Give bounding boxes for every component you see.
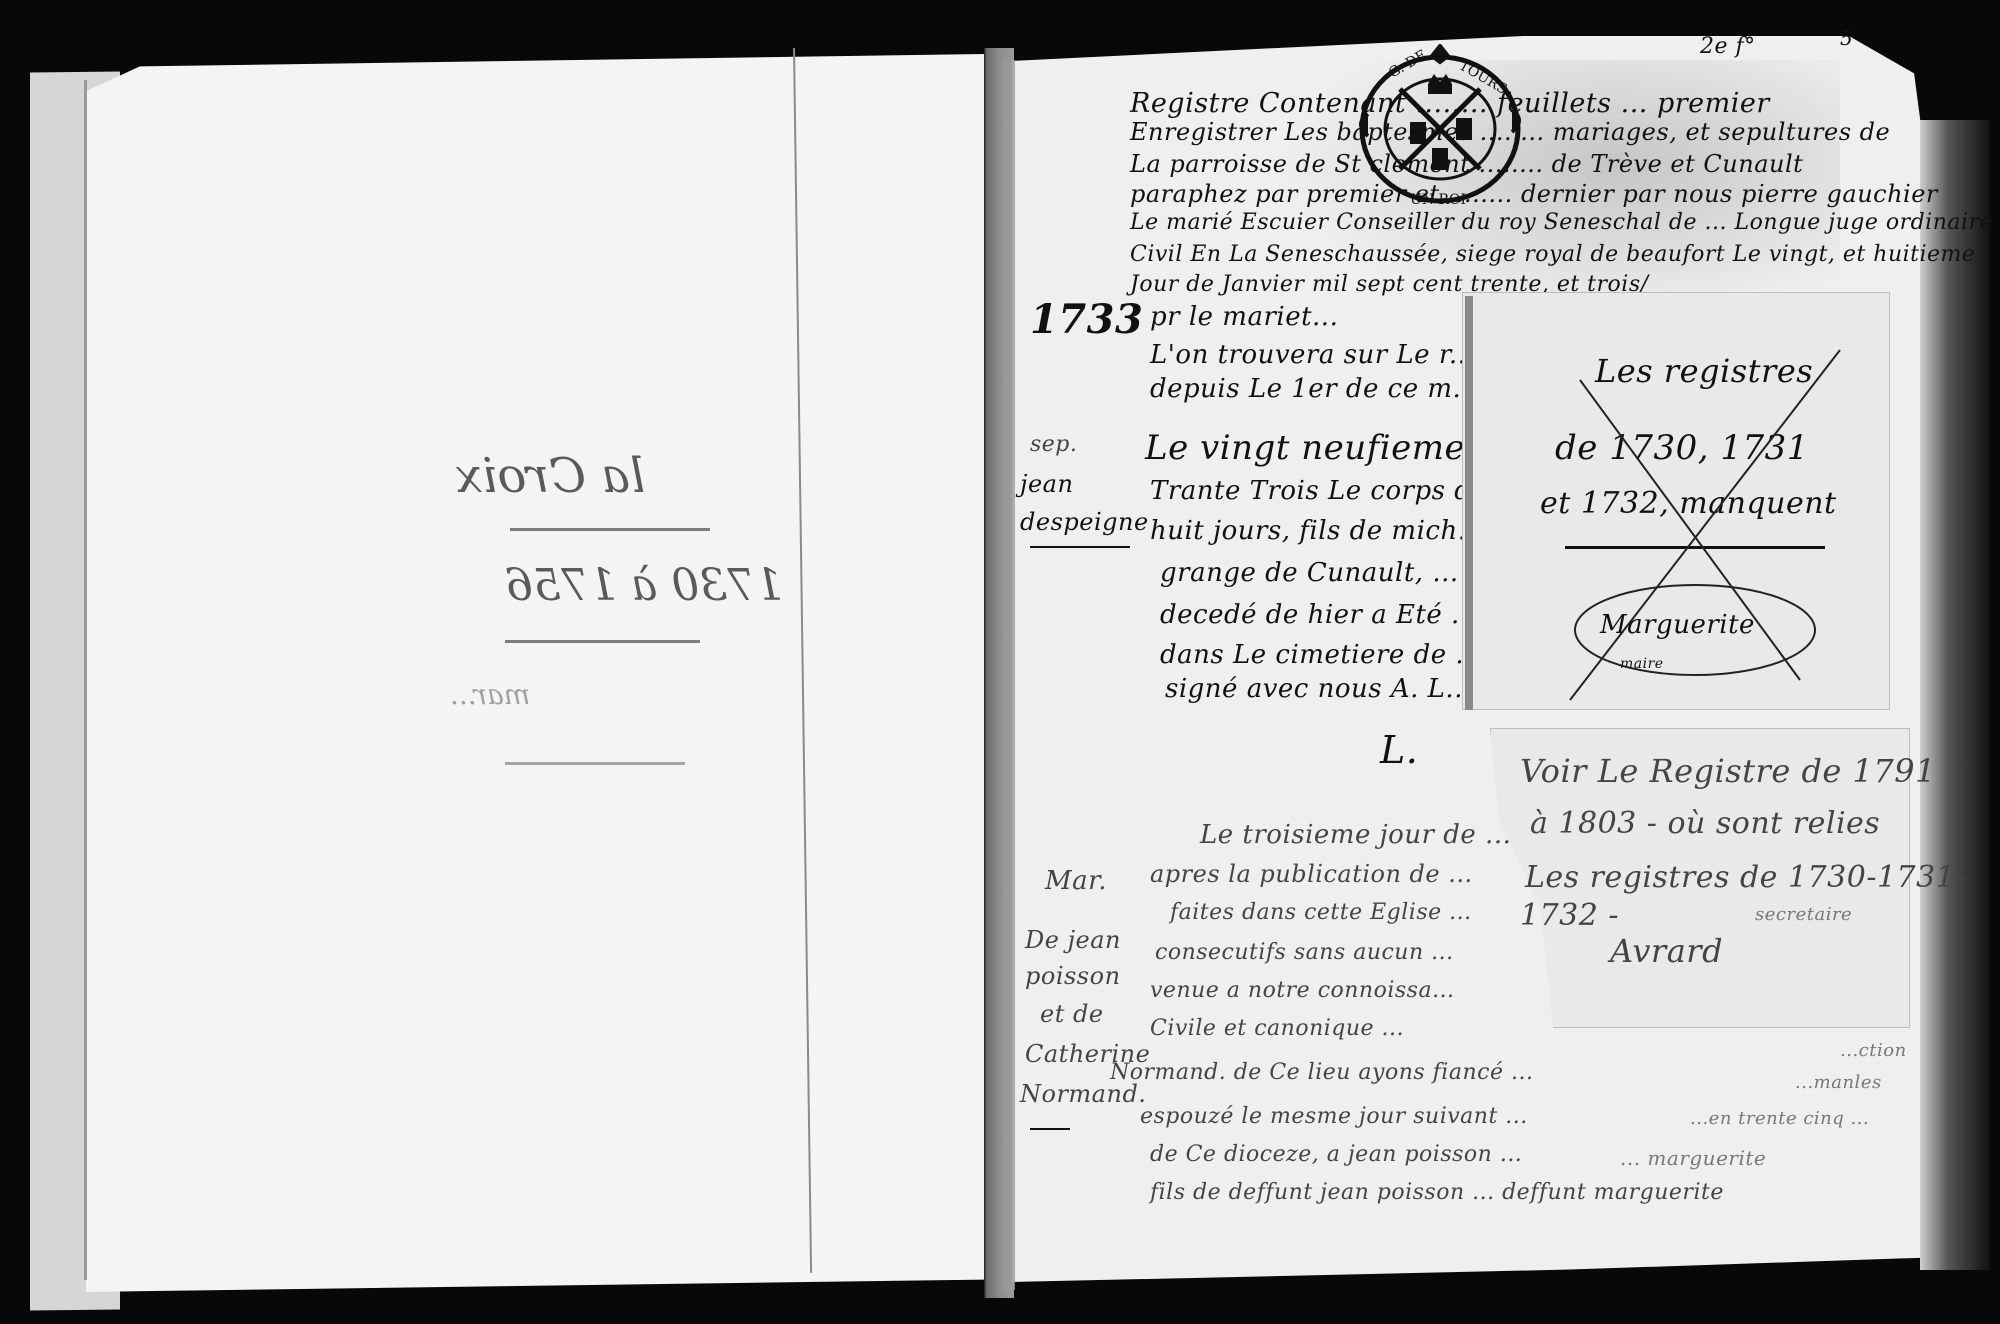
entry-line: huit jours, fils de mich... <box>1150 516 1484 546</box>
entry-line: fils de deffunt jean poisson ... deffunt… <box>1150 1180 1724 1205</box>
right-page-edge <box>1920 120 1990 1270</box>
entry-line: faites dans cette Eglise ... <box>1170 900 1472 925</box>
right-page-margin-rule <box>1003 60 1015 1290</box>
margin-note: sep. <box>1030 432 1077 457</box>
margin-note-underline <box>1030 1128 1070 1130</box>
entry-line: Normand. de Ce lieu ayons fiancé ... <box>1110 1060 1533 1085</box>
folio-mark: 2e f° <box>1700 34 1756 59</box>
fragment-text: ...ction <box>1840 1040 1907 1061</box>
slip-note-line: Voir Le Registre de 1791 <box>1520 752 1936 790</box>
margin-note: et de <box>1040 1000 1104 1028</box>
margin-note: De jean <box>1025 926 1121 954</box>
margin-note: Mar. <box>1045 866 1107 896</box>
margin-note: jean <box>1020 470 1073 498</box>
entry-line: Le troisieme jour de ... <box>1200 820 1511 850</box>
bleed-through-text: 1730 à 1756 <box>505 560 783 611</box>
entry-line: espouzé le mesme jour suivant ... <box>1140 1104 1528 1129</box>
bleed-through-rule <box>510 528 710 531</box>
header-line: Enregistrer Les baptesmes ........ maria… <box>1130 118 1890 146</box>
entry-line: signé avec nous A. L... <box>1165 674 1472 704</box>
slip-note-line: Les registres de 1730-1731- <box>1525 860 1966 895</box>
crossed-out-mark <box>1540 330 1860 710</box>
slip-edge-shadow <box>1465 296 1473 710</box>
margin-note-underline <box>1030 546 1130 548</box>
bleed-through-text: la Croix <box>455 448 645 504</box>
year-label: 1733 <box>1030 296 1143 343</box>
signature: L. <box>1380 728 1418 772</box>
margin-note: despeigne <box>1020 508 1149 536</box>
fragment-text: ...en trente cinq ... <box>1690 1108 1869 1129</box>
corner-page-number: 5 <box>1840 26 1853 50</box>
entry-line: de Ce dioceze, a jean poisson ... <box>1150 1142 1522 1167</box>
margin-note: poisson <box>1025 962 1121 990</box>
margin-note: Catherine <box>1025 1040 1150 1068</box>
svg-text:G. DE: G. DE <box>1386 47 1430 81</box>
entry-line: L'on trouvera sur Le r... <box>1150 340 1475 370</box>
fragment-text: ...manles <box>1795 1072 1882 1093</box>
slip-note-line: à 1803 - où sont relies <box>1530 806 1880 841</box>
slip-note-line: 1732 - <box>1520 898 1619 933</box>
entry-line: Civile et canonique ... <box>1150 1016 1404 1041</box>
bleed-through-rule <box>505 762 685 765</box>
fragment-text: ... marguerite <box>1620 1146 1766 1170</box>
entry-line: decedé de hier a Eté ... <box>1160 600 1477 630</box>
header-line: La parroisse de St clement ........ de T… <box>1130 150 1803 178</box>
bleed-through-rule <box>505 640 700 643</box>
header-line: Le marié Escuier Conseiller du roy Senes… <box>1130 210 1993 235</box>
slip-signature-sub: secretaire <box>1755 904 1852 925</box>
header-line: Civil En La Seneschaussée, siege royal d… <box>1130 242 1975 267</box>
header-line: paraphez par premier et ........ dernier… <box>1130 180 1938 208</box>
bleed-through-text: mar... <box>450 678 530 711</box>
entry-line: consecutifs sans aucun ... <box>1155 940 1454 965</box>
entry-line: venue a notre connoissa... <box>1150 978 1455 1003</box>
entry-line: dans Le cimetiere de ... <box>1160 640 1482 670</box>
left-page <box>86 54 984 1292</box>
entry-line: apres la publication de ... <box>1150 860 1473 888</box>
margin-note: Normand. <box>1020 1080 1146 1108</box>
left-page-edge <box>84 80 87 1280</box>
entry-line: grange de Cunault, ... <box>1160 558 1459 588</box>
sub-heading: pr le mariet... <box>1150 302 1338 332</box>
slip-signature: Avrard <box>1610 932 1723 970</box>
header-line: Registre Contenant ........ feuillets ..… <box>1130 88 1770 119</box>
